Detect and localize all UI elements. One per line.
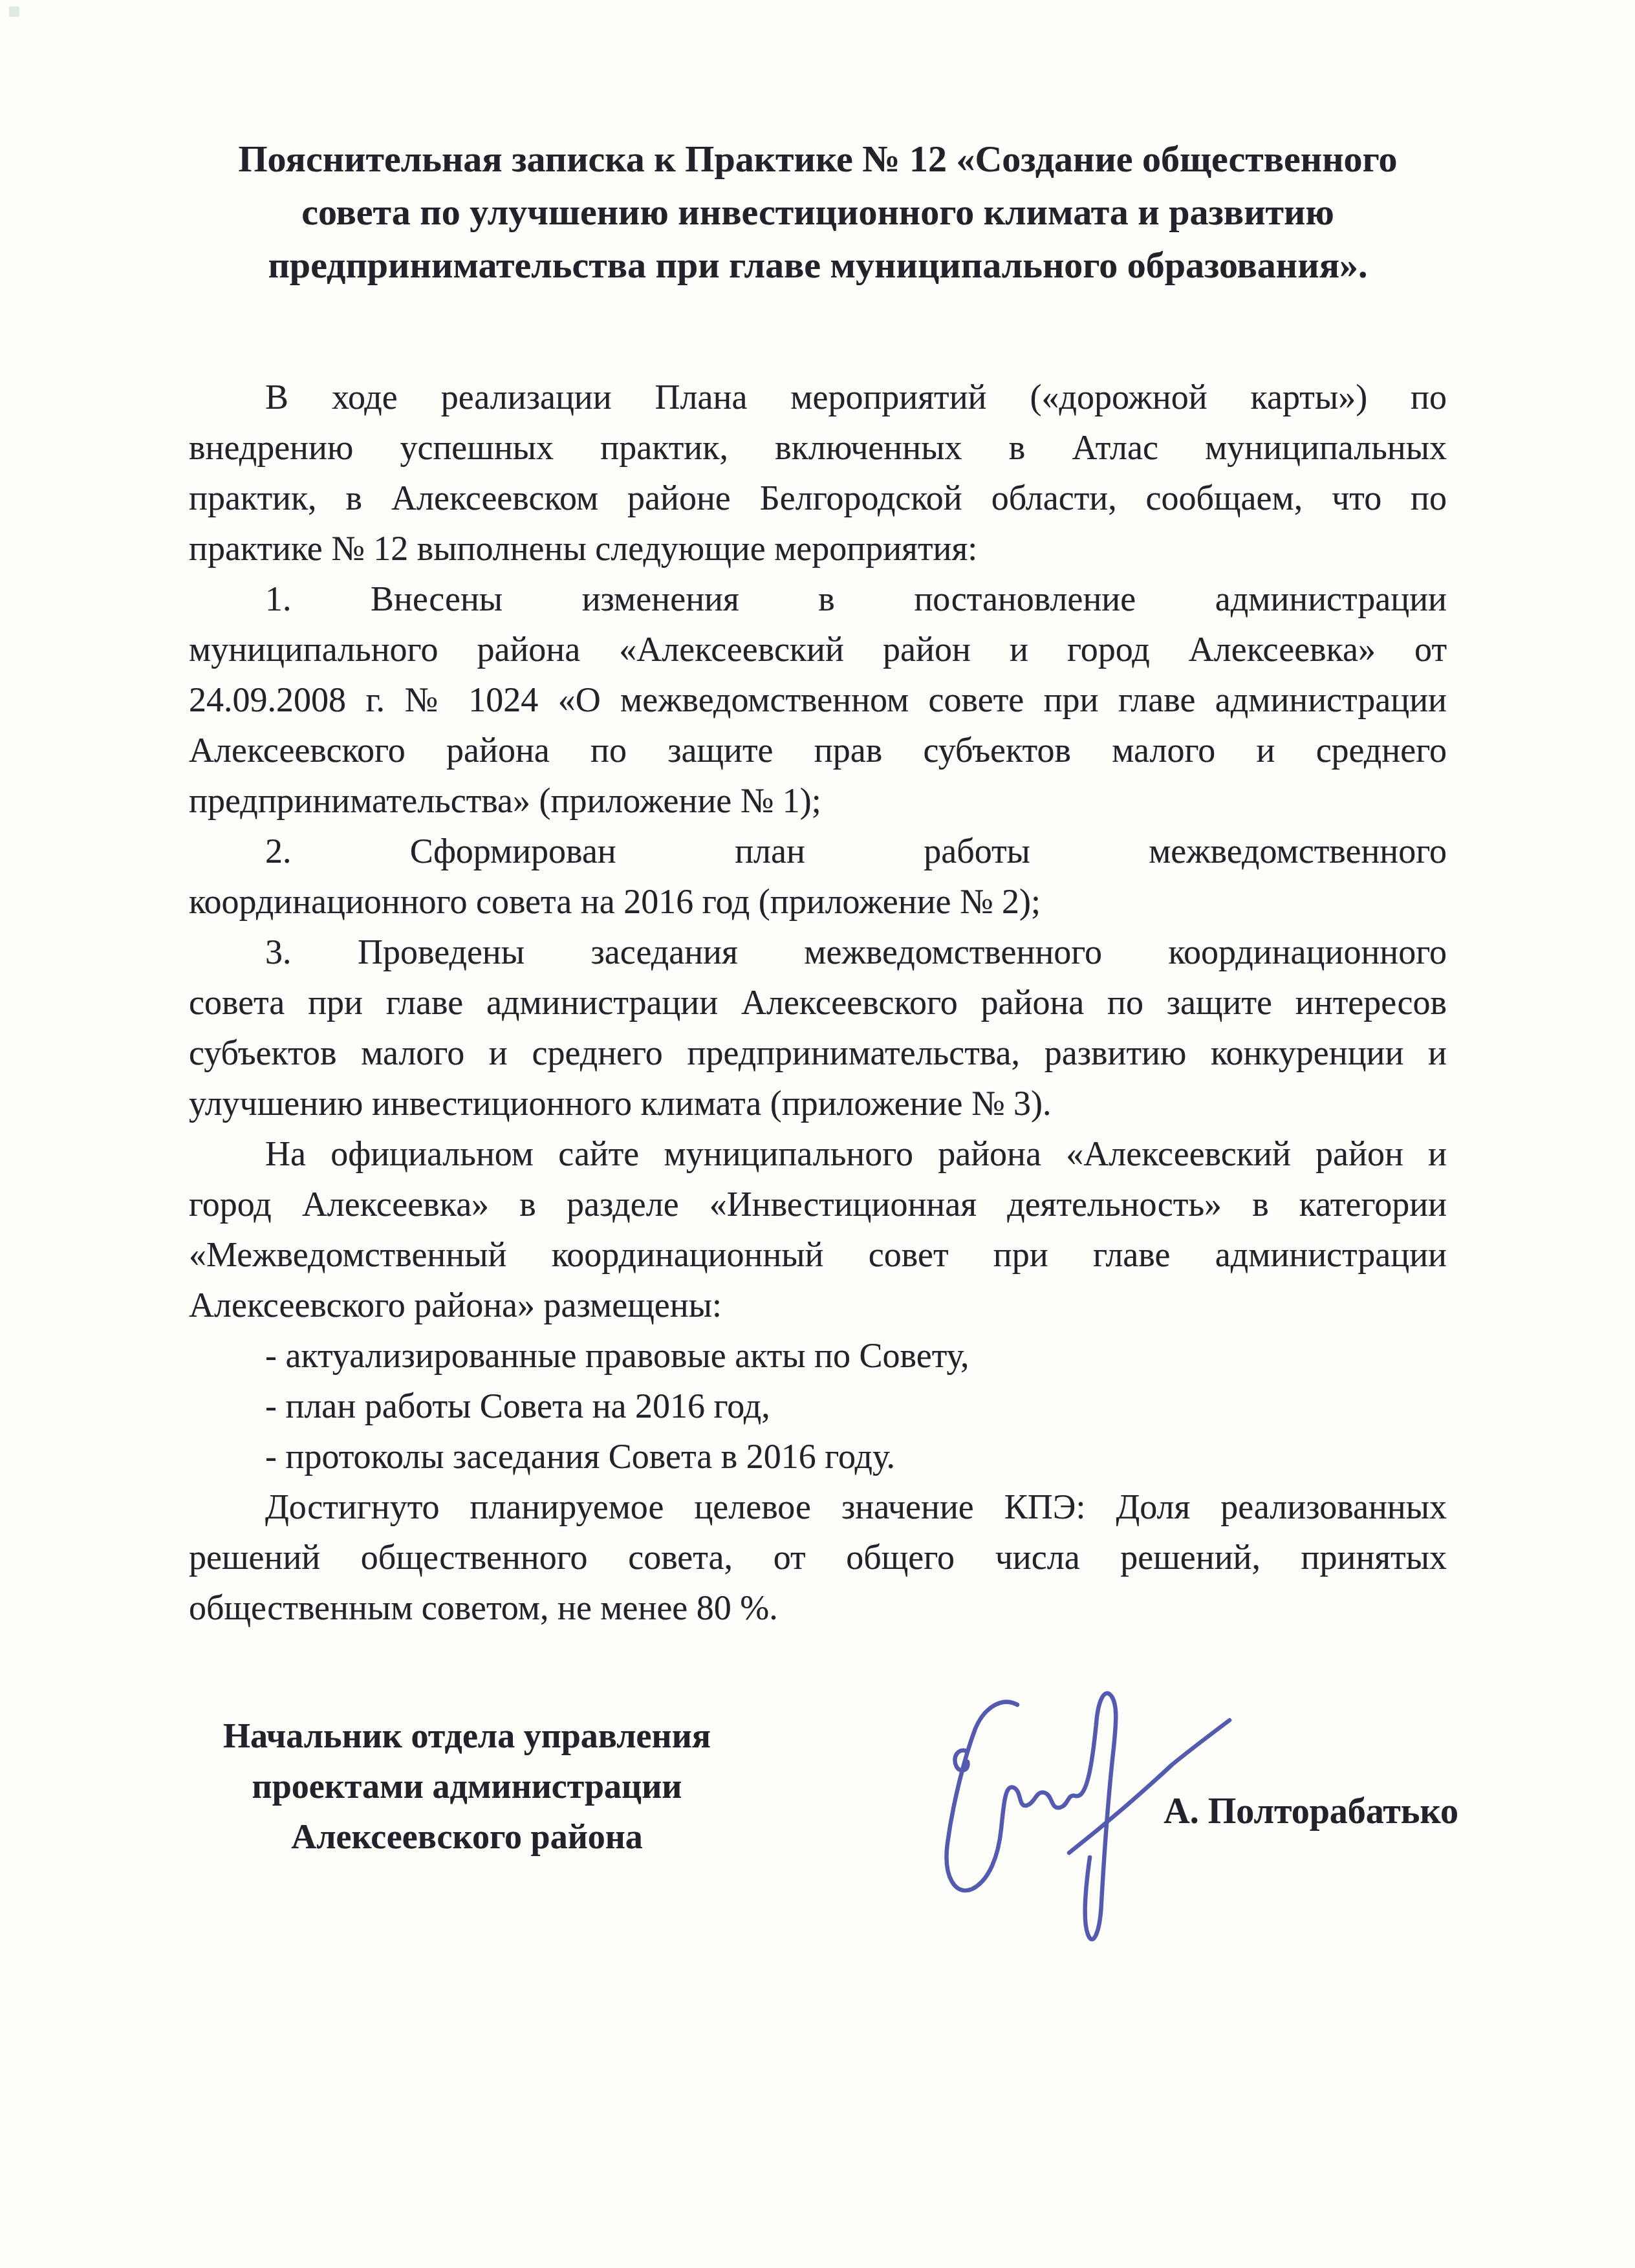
text-line: муниципального района «Алексеевский райо… bbox=[189, 624, 1447, 675]
handwritten-signature bbox=[902, 1643, 1232, 1985]
text-line: Алексеевского района» размещены: bbox=[189, 1280, 1447, 1330]
title-line: предпринимательства при главе муниципаль… bbox=[189, 239, 1447, 292]
text-line: Алексеевского района по защите прав субъ… bbox=[189, 725, 1447, 775]
signoff-position-block: Начальник отдела управления проектами ад… bbox=[189, 1711, 745, 1862]
paragraph: 1. Внесены изменения в постановление адм… bbox=[189, 574, 1447, 826]
text-line: 24.09.2008 г. № 1024 «О межведомственном… bbox=[189, 675, 1447, 725]
text-line: практике № 12 выполнены следующие меропр… bbox=[189, 523, 1447, 574]
text-line: 3. Проведены заседания межведомственного… bbox=[189, 927, 1447, 977]
signoff-line: проектами администрации bbox=[189, 1761, 745, 1811]
text-line: 2. Сформирован план работы межведомствен… bbox=[189, 826, 1447, 876]
scan-artifact bbox=[9, 6, 19, 17]
text-line: - план работы Совета на 2016 год, bbox=[189, 1381, 1447, 1431]
text-line: город Алексеевка» в разделе «Инвестицион… bbox=[189, 1179, 1447, 1229]
text-line: внедрению успешных практик, включенных в… bbox=[189, 422, 1447, 473]
text-line: «Межведомственный координационный совет … bbox=[189, 1229, 1447, 1280]
paragraph: На официальном сайте муниципального райо… bbox=[189, 1129, 1447, 1330]
document-body: В ходе реализации Плана мероприятий («до… bbox=[189, 372, 1447, 1633]
text-line: субъектов малого и среднего предпринимат… bbox=[189, 1028, 1447, 1078]
paragraph: 3. Проведены заседания межведомственного… bbox=[189, 927, 1447, 1129]
text-line: - протоколы заседания Совета в 2016 году… bbox=[189, 1431, 1447, 1482]
text-line: В ходе реализации Плана мероприятий («до… bbox=[189, 372, 1447, 422]
text-line: решений общественного совета, от общего … bbox=[189, 1532, 1447, 1582]
paragraph: - актуализированные правовые акты по Сов… bbox=[189, 1330, 1447, 1482]
scanned-document-page: Пояснительная записка к Практике № 12 «С… bbox=[0, 0, 1635, 2268]
document-title: Пояснительная записка к Практике № 12 «С… bbox=[189, 133, 1447, 292]
text-line: общественным советом, не менее 80 %. bbox=[189, 1582, 1447, 1633]
paragraph: 2. Сформирован план работы межведомствен… bbox=[189, 826, 1447, 927]
text-line: улучшению инвестиционного климата (прило… bbox=[189, 1078, 1447, 1129]
text-line: практик, в Алексеевском районе Белгородс… bbox=[189, 473, 1447, 523]
text-line: На официальном сайте муниципального райо… bbox=[189, 1129, 1447, 1179]
text-line: Достигнуто планируемое целевое значение … bbox=[189, 1482, 1447, 1532]
signoff-line: Алексеевского района bbox=[189, 1811, 745, 1862]
text-line: совета при главе администрации Алексеевс… bbox=[189, 977, 1447, 1028]
paragraph: В ходе реализации Плана мероприятий («до… bbox=[189, 372, 1447, 574]
text-line: 1. Внесены изменения в постановление адм… bbox=[189, 574, 1447, 624]
text-line: - актуализированные правовые акты по Сов… bbox=[189, 1330, 1447, 1381]
paragraph: Достигнуто планируемое целевое значение … bbox=[189, 1482, 1447, 1633]
title-line: Пояснительная записка к Практике № 12 «С… bbox=[189, 133, 1447, 186]
signoff-line: Начальник отдела управления bbox=[189, 1711, 745, 1761]
text-line: координационного совета на 2016 год (при… bbox=[189, 876, 1447, 927]
text-line: предпринимательства» (приложение № 1); bbox=[189, 775, 1447, 826]
title-line: совета по улучшению инвестиционного клим… bbox=[189, 186, 1447, 239]
